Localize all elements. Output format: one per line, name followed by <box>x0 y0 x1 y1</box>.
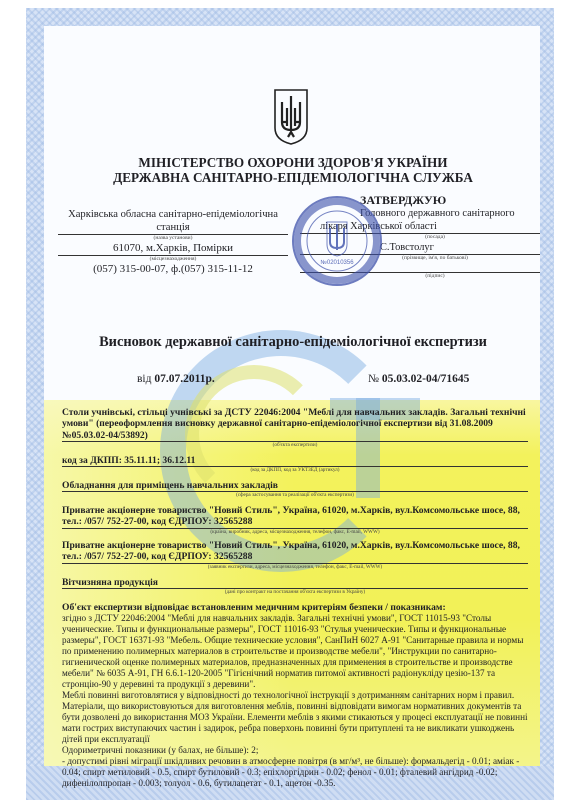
date-value: 07.07.2011р. <box>154 373 214 385</box>
institution-phone: (057) 315-00-07, ф.(057) 315-11-12 <box>58 263 288 276</box>
object-caption: (об'єкта експертизи) <box>62 441 528 449</box>
ministry-name: МІНІСТЕРСТВО ОХОРОНИ ЗДОРОВ'Я УКРАЇНИ <box>60 155 526 170</box>
document-number: № 05.03.02-04/71645 <box>368 373 469 385</box>
applicant-field: Приватне акціонерне товариство "Новий Ст… <box>62 540 528 571</box>
conclusion-migration-levels: - допустимі рівні міграції шкідливих реч… <box>62 756 528 789</box>
conclusion-heading: Об'єкт експертизи відповідає встановлени… <box>62 602 528 613</box>
institution-address: 61070, м.Харків, Помірки <box>58 242 288 255</box>
applicant-caption: (заявник експертизи, адреса, місцезнаход… <box>62 563 528 571</box>
stamp-emblem-icon: №02010356 <box>294 198 380 284</box>
applicant-text: Приватне акціонерне товариство "Новий Ст… <box>62 540 528 563</box>
code-field: код за ДКПП: 35.11.11; 36.12.11 (код за … <box>62 455 528 474</box>
code-caption: (код за ДКПП, код за УКТЗЕД (артикул) <box>62 466 528 474</box>
object-text: Столи учнівські, стільці учнівські за ДС… <box>62 407 528 441</box>
number-value: 05.03.02-04/71645 <box>382 373 470 385</box>
document-date: від 07.07.2011р. <box>137 373 215 385</box>
address-caption: (місцезнаходження) <box>58 255 288 263</box>
conclusion-section: Об'єкт експертизи відповідає встановлени… <box>62 602 528 789</box>
code-text: код за ДКПП: 35.11.11; 36.12.11 <box>62 455 528 466</box>
institution-name-cont: станція <box>58 221 288 234</box>
scope-text: Обладнання для приміщень навчальних закл… <box>62 480 528 491</box>
origin-field: Вітчизняна продукція (дані про контракт … <box>62 577 528 596</box>
document-title: Висновок державної санітарно-епідеміолог… <box>60 334 526 351</box>
conclusion-odor: Одориметричні показники (у балах, не біл… <box>62 745 528 756</box>
origin-caption: (дані про контракт на постачання об'єкта… <box>62 588 528 596</box>
conclusion-requirements: Меблі повинні виготовлятися у відповідно… <box>62 690 528 745</box>
institution-name: Харківська обласна санітарно-епідеміолог… <box>58 208 288 221</box>
date-prefix: від <box>137 373 151 385</box>
manufacturer-text: Приватне акціонерне товариство "Новий Ст… <box>62 505 528 528</box>
trident-icon <box>273 88 309 146</box>
manufacturer-field: Приватне акціонерне товариство "Новий Ст… <box>62 505 528 536</box>
object-field: Столи учнівські, стільці учнівські за ДС… <box>62 407 528 449</box>
institution-block: Харківська обласна санітарно-епідеміолог… <box>58 208 288 276</box>
official-stamp: №02010356 <box>292 196 382 286</box>
conclusion-standards: згідно з ДСТУ 22046:2004 "Меблі для навч… <box>62 613 528 690</box>
svg-text:№02010356: №02010356 <box>320 259 354 266</box>
service-name: ДЕРЖАВНА САНІТАРНО-ЕПІДЕМІОЛОГІЧНА СЛУЖБ… <box>60 170 526 185</box>
scope-field: Обладнання для приміщень навчальних закл… <box>62 480 528 499</box>
scope-caption: (сфера застосування та реалізації об'єкт… <box>62 491 528 499</box>
manufacturer-caption: (країна, виробник, адреса, місцезнаходже… <box>62 528 528 536</box>
institution-caption: (назва установи) <box>58 234 288 242</box>
origin-text: Вітчизняна продукція <box>62 577 528 588</box>
ministry-header: МІНІСТЕРСТВО ОХОРОНИ ЗДОРОВ'Я УКРАЇНИ ДЕ… <box>60 155 526 185</box>
number-prefix: № <box>368 373 379 385</box>
